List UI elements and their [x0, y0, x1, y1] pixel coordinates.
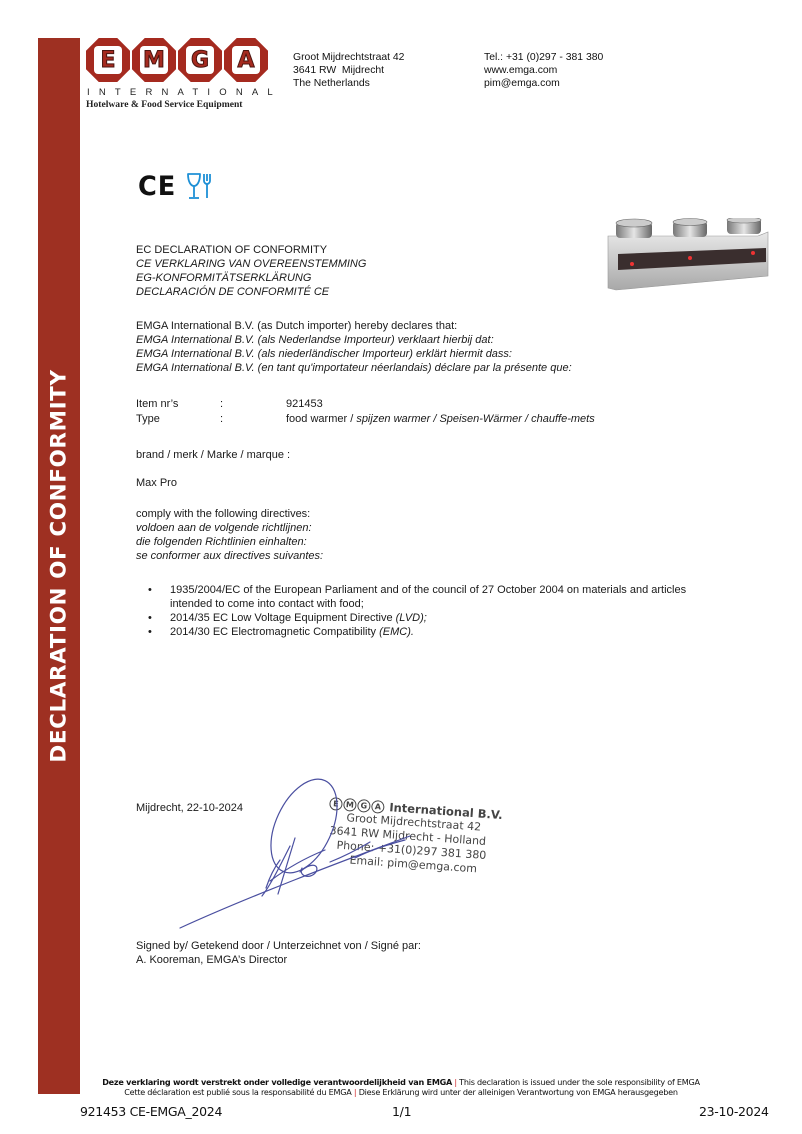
- item-value: 921453: [286, 397, 323, 411]
- type-label: Type: [136, 412, 160, 426]
- address-postal: 3641 RW Mijdrecht: [293, 64, 404, 77]
- contact-email[interactable]: pim@emga.com: [484, 77, 603, 90]
- title-de: EG-KONFORMITÄTSERKLÄRUNG: [136, 271, 366, 285]
- signatory: Signed by/ Getekend door / Unterzeichnet…: [136, 939, 421, 967]
- comply-de: die folgenden Richtlinien einhalten:: [136, 535, 323, 549]
- logo-international: INTERNATIONAL: [86, 87, 272, 98]
- logo-octagon: E: [86, 38, 130, 82]
- disclaimer: Deze verklaring wordt verstrekt onder vo…: [0, 1077, 802, 1097]
- brand-label: brand / merk / Marke / marque :: [136, 448, 290, 462]
- declaration-titles: EC DECLARATION OF CONFORMITY CE VERKLARI…: [136, 243, 366, 299]
- comply-statement: comply with the following directives: vo…: [136, 507, 323, 563]
- company-address: Groot Mijdrechtstraat 42 3641 RW Mijdrec…: [293, 51, 404, 90]
- directive-item: 2014/35 EC Low Voltage Equipment Directi…: [148, 611, 708, 625]
- contact-phone: Tel.: +31 (0)297 - 381 380: [484, 51, 603, 64]
- logo-octagon: M: [132, 38, 176, 82]
- sidebar-title: DECLARATION OF CONFORMITY: [47, 369, 72, 762]
- item-colon: :: [220, 397, 223, 411]
- footer-date: 23-10-2024: [699, 1104, 769, 1119]
- brand-value: Max Pro: [136, 476, 177, 490]
- logo-octagon: A: [224, 38, 268, 82]
- signatory-name: A. Kooreman, EMGA’s Director: [136, 953, 421, 967]
- logo-letters: E M G A: [86, 38, 272, 82]
- ce-mark-icon: CE: [138, 173, 176, 200]
- declares-fr: EMGA International B.V. (en tant qu'impo…: [136, 361, 572, 375]
- address-country: The Netherlands: [293, 77, 404, 90]
- footer-doc-id: 921453 CE-EMGA_2024: [80, 1104, 222, 1119]
- comply-nl: voldoen aan de volgende richtlijnen:: [136, 521, 323, 535]
- logo-octagon: G: [178, 38, 222, 82]
- title-en: EC DECLARATION OF CONFORMITY: [136, 243, 366, 257]
- footer-page-number: 1/1: [392, 1104, 411, 1119]
- item-label: Item nr’s: [136, 397, 178, 411]
- company-contact: Tel.: +31 (0)297 - 381 380 www.emga.com …: [484, 51, 603, 90]
- type-value: food warmer / spijzen warmer / Speisen-W…: [286, 412, 595, 426]
- comply-en: comply with the following directives:: [136, 507, 323, 521]
- disclaimer-line-1: Deze verklaring wordt verstrekt onder vo…: [0, 1077, 802, 1087]
- emga-logo: E M G A INTERNATIONAL Hotelware & Food S…: [86, 38, 272, 110]
- declares-nl: EMGA International B.V. (als Nederlandse…: [136, 333, 572, 347]
- contact-web[interactable]: www.emga.com: [484, 64, 603, 77]
- directives-list: 1935/2004/EC of the European Parliament …: [148, 583, 708, 639]
- disclaimer-line-2: Cette déclaration est publié sous la res…: [0, 1087, 802, 1097]
- title-nl: CE VERKLARING VAN OVEREENSTEMMING: [136, 257, 366, 271]
- signed-by-label: Signed by/ Getekend door / Unterzeichnet…: [136, 939, 421, 953]
- signature: [170, 776, 470, 936]
- comply-fr: se conformer aux directives suivantes:: [136, 549, 323, 563]
- declares-en: EMGA International B.V. (as Dutch import…: [136, 319, 572, 333]
- product-image: [606, 218, 774, 298]
- certification-marks: CE: [137, 171, 215, 201]
- directive-item: 1935/2004/EC of the European Parliament …: [148, 583, 708, 611]
- directive-item: 2014/30 EC Electromagnetic Compatibility…: [148, 625, 708, 639]
- type-colon: :: [220, 412, 223, 426]
- title-fr: DECLARACIÓN DE CONFORMITÉ CE: [136, 285, 366, 299]
- address-street: Groot Mijdrechtstraat 42: [293, 51, 404, 64]
- logo-tagline: Hotelware & Food Service Equipment: [86, 99, 272, 110]
- declares-de: EMGA International B.V. (als niederländi…: [136, 347, 572, 361]
- importer-declaration: EMGA International B.V. (as Dutch import…: [136, 319, 572, 375]
- food-contact-icon: [185, 171, 215, 201]
